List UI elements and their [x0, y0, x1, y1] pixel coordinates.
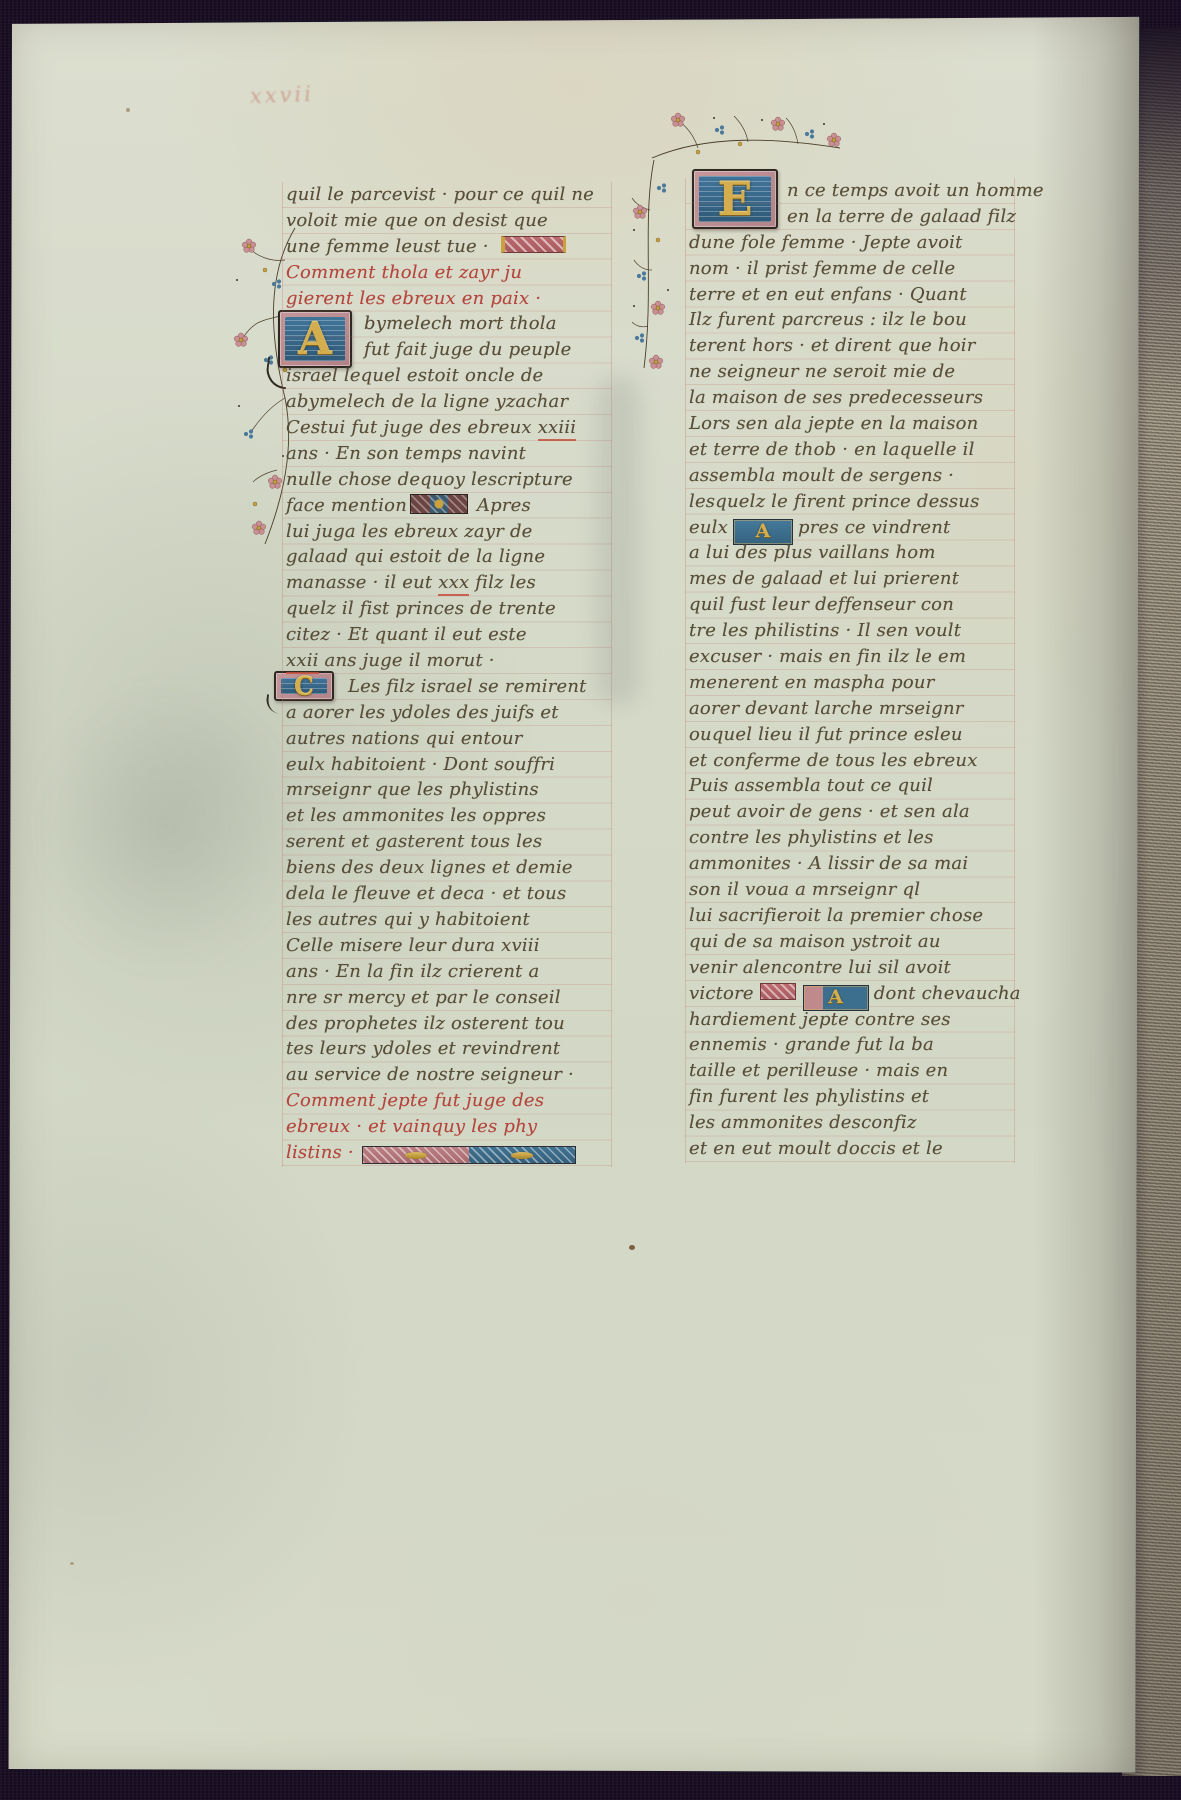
left-column-line-6: bymelech mort thola [286, 311, 608, 337]
right-column-line-31: venir alencontre lui sil avoit [689, 955, 1011, 981]
right-column-line-18: tre les philistins · Il sen voult [689, 618, 1011, 644]
right-column-line-8: ne seigneur ne seroit mie de [689, 359, 1011, 385]
manuscript-text: terent hors · et dirent que hoir [689, 335, 976, 356]
left-column-line-23: eulx habitoient · Dont souffri [286, 752, 608, 778]
right-column-line-29: lui sacrifieroit la premier chose [689, 903, 1011, 929]
left-column-line-7: fut fait juge du peuple [286, 337, 608, 363]
manuscript-text: eulx [689, 517, 728, 538]
left-column-line-12: nulle chose dequoy lescripture [286, 467, 608, 493]
manuscript-text: venir alencontre lui sil avoit [689, 957, 951, 978]
manuscript-text: terre et en eut enfans · Quant [689, 284, 967, 305]
manuscript-text: mes de galaad et lui prierent [689, 568, 959, 589]
manuscript-text: les autres qui y habitoient [286, 909, 530, 930]
left-column-line-13: face mention Apres [286, 493, 608, 519]
manuscript-text: et terre de thob · en laquelle il [689, 439, 975, 460]
roman-numeral-underlined: xxiii [538, 417, 577, 441]
manuscript-text: serent et gasterent tous les [286, 831, 542, 852]
right-column-line-35: taille et perilleuse · mais en [689, 1058, 1011, 1084]
right-column-line-15: a lui des plus vaillans hom [689, 540, 1011, 566]
manuscript-text: ans · En son temps navint [286, 443, 526, 464]
left-column-line-9: abymelech de la ligne yzachar [286, 389, 608, 415]
manuscript-text: excuser · mais en fin ilz le em [689, 646, 966, 667]
roman-numeral-underlined: xxii [286, 650, 319, 674]
manuscript-text: ennemis · grande fut la ba [689, 1034, 934, 1055]
manuscript-text: taille et perilleuse · mais en [689, 1060, 948, 1081]
initial-letter: E [717, 172, 752, 226]
left-column-line-19: xxii ans juge il morut · [286, 648, 608, 674]
manuscript-text: les ammonites desconfiz [689, 1112, 917, 1133]
left-column-line-4: Comment thola et zayr ju [286, 260, 608, 286]
left-column-line-11: ans · En son temps navint [286, 441, 608, 467]
right-column-line-24: Puis assembla tout ce quil [689, 773, 1011, 799]
left-column-line-35: au service de nostre seigneur · [286, 1062, 608, 1088]
left-column-line-18: citez · Et quant il eut este [286, 622, 608, 648]
manuscript-text: tre les philistins · Il sen voult [689, 620, 961, 641]
manuscript-text: nulle chose dequoy lescripture [286, 469, 573, 490]
manuscript-text: aorer devant larche mrseignr [689, 698, 964, 719]
gold-leaf-ornament [511, 1152, 533, 1159]
left-column-line-28: dela le fleuve et deca · et tous [286, 881, 608, 907]
left-column-line-34: tes leurs ydoles et revindrent [286, 1036, 608, 1062]
right-column-line-9: la maison de ses predecesseurs [689, 385, 1011, 411]
manuscript-text: biens des deux lignes et demie [286, 857, 573, 878]
right-column-line-13: lesquelz le firent prince dessus [689, 489, 1011, 515]
manuscript-text: nre sr mercy et par le conseil [286, 987, 561, 1008]
manuscript-text: la maison de ses predecesseurs [689, 387, 983, 408]
manuscript-text: face mention [286, 495, 407, 516]
left-column-line-31: ans · En la fin ilz crierent a [286, 959, 608, 985]
manuscript-text: ans juge il morut · [319, 650, 495, 671]
manuscript-text: fut fait juge du peuple [364, 339, 572, 360]
left-column-line-36: Comment jepte fut juge des [286, 1088, 608, 1114]
line-filler [410, 494, 468, 514]
manuscript-text: lui juga les ebreux zayr de [286, 521, 533, 542]
left-column-line-1: quil le parcevist · pour ce quil ne [286, 182, 608, 208]
manuscript-text: une femme leust tue · [286, 236, 495, 257]
left-column-line-24: mrseignr que les phylistins [286, 777, 608, 803]
manuscript-text: ne seigneur ne seroit mie de [689, 361, 955, 382]
manuscript-text: Lors sen ala jepte en la maison [689, 413, 978, 434]
left-column-line-32: nre sr mercy et par le conseil [286, 985, 608, 1011]
manuscript-text: des prophetes ilz osterent tou [286, 1013, 565, 1034]
line-filler [362, 1146, 576, 1164]
left-column-line-29: les autres qui y habitoient [286, 907, 608, 933]
manuscript-text: dont chevaucha [874, 983, 1021, 1004]
manuscript-text: israel lequel estoit oncle de [286, 365, 543, 386]
right-column-line-19: excuser · mais en fin ilz le em [689, 644, 1011, 670]
manuscript-text: lui sacrifieroit la premier chose [689, 905, 983, 926]
manuscript-text: Puis assembla tout ce quil [689, 775, 933, 796]
line-filler-segment [363, 1147, 469, 1163]
manuscript-text: n ce temps avoit un homme [787, 180, 1044, 201]
manuscript-text: contre les phylistins et les [689, 827, 934, 848]
faded-folio-mark: xxvii [250, 80, 371, 114]
manuscript-text: Cestui fut juge des ebreux [286, 417, 538, 438]
right-column-line-30: qui de sa maison ystroit au [689, 929, 1011, 955]
left-column-line-21: a aorer les ydoles des juifs et [286, 700, 608, 726]
left-column-line-38: listins · [286, 1140, 608, 1166]
manuscript-text: filz les [469, 572, 536, 593]
manuscript-text: peut avoir de gens · et sen ala [689, 801, 970, 822]
left-column-line-37: ebreux · et vainquy les phy [286, 1114, 608, 1140]
manuscript-text: quil fust leur deffenseur con [689, 594, 954, 615]
right-column-line-37: les ammonites desconfiz [689, 1110, 1011, 1136]
manuscript-photo: { "folio_mark": "xxvii", "colors": { "ba… [0, 0, 1181, 1800]
manuscript-text: Celle misere leur dura xviii [286, 935, 540, 956]
manuscript-text: Comment jepte fut juge des [286, 1090, 544, 1111]
left-column-line-8: israel lequel estoit oncle de [286, 363, 608, 389]
right-column-line-26: contre les phylistins et les [689, 825, 1011, 851]
manuscript-text: lesquelz le firent prince dessus [689, 491, 980, 512]
right-column-line-23: et conferme de tous les ebreux [689, 748, 1011, 774]
right-column-line-3: dune fole femme · Jepte avoit [689, 230, 1011, 256]
manuscript-text: pres ce vindrent [798, 517, 951, 538]
left-column-line-14: lui juga les ebreux zayr de [286, 519, 608, 545]
manuscript-text: listins · [286, 1142, 354, 1163]
right-column-line-4: nom · il prist femme de celle [689, 256, 1011, 282]
right-column-line-36: fin furent les phylistins et [689, 1084, 1011, 1110]
manuscript-text: a aorer les ydoles des juifs et [286, 702, 559, 723]
manuscript-text: nom · il prist femme de celle [689, 258, 955, 279]
manuscript-text: autres nations qui entour [286, 728, 523, 749]
left-column-line-25: et les ammonites les oppres [286, 803, 608, 829]
manuscript-text: en la terre de galaad filz [787, 206, 1016, 227]
initial-letter: C [294, 672, 314, 701]
manuscript-text: mrseignr que les phylistins [286, 779, 539, 800]
manuscript-text: abymelech de la ligne yzachar [286, 391, 568, 412]
manuscript-text: et les ammonites les oppres [286, 805, 546, 826]
manuscript-text: bymelech mort thola [364, 313, 557, 334]
left-column-line-27: biens des deux lignes et demie [286, 855, 608, 881]
manuscript-text: Apres [471, 495, 531, 516]
stain-speck [629, 1245, 635, 1250]
manuscript-text: son il voua a mrseignr ql [689, 879, 920, 900]
manuscript-text: a lui des plus vaillans hom [689, 542, 936, 563]
right-column-line-7: terent hors · et dirent que hoir [689, 333, 1011, 359]
manuscript-text: tes leurs ydoles et revindrent [286, 1038, 560, 1059]
left-column-line-17: quelz il fist princes de trente [286, 596, 608, 622]
left-column-line-30: Celle misere leur dura xviii [286, 933, 608, 959]
stain-speck [126, 108, 130, 112]
right-column-line-17: quil fust leur deffenseur con [689, 592, 1011, 618]
manuscript-page: xxvii [8, 16, 1142, 1776]
manuscript-text: dela le fleuve et deca · et tous [286, 883, 566, 904]
left-column-line-3: une femme leust tue · [286, 234, 608, 260]
right-column-line-6: Ilz furent parcreus : ilz le bou [689, 307, 1011, 333]
parchment-stain [38, 684, 293, 969]
right-column-line-20: menerent en maspha pour [689, 670, 1011, 696]
left-column-line-22: autres nations qui entour [286, 726, 608, 752]
manuscript-text: eulx habitoient · Dont souffri [286, 754, 555, 775]
roman-numeral-underlined: xxx [438, 572, 469, 596]
right-column-line-33: hardiement jepte contre ses [689, 1007, 1011, 1033]
right-column-line-34: ennemis · grande fut la ba [689, 1032, 1011, 1058]
manuscript-text: fin furent les phylistins et [689, 1086, 929, 1107]
manuscript-text: ans · En la fin ilz crierent a [286, 961, 539, 982]
manuscript-text: victore [689, 983, 754, 1004]
manuscript-text: gierent les ebreux en paix · [286, 288, 541, 309]
manuscript-text: au service de nostre seigneur · [286, 1064, 574, 1085]
manuscript-text: dune fole femme · Jepte avoit [689, 232, 963, 253]
left-column-line-20: Les filz israel se remirent [286, 674, 608, 700]
manuscript-text: voloit mie que on desist que [286, 210, 548, 231]
right-column-line-22: ouquel lieu il fut prince esleu [689, 722, 1011, 748]
manuscript-text: menerent en maspha pour [689, 672, 935, 693]
line-filler-segment [469, 1147, 575, 1163]
manuscript-text: assembla moult de sergens · [689, 465, 954, 486]
line-filler [501, 236, 566, 253]
manuscript-text: et conferme de tous les ebreux [689, 750, 978, 771]
left-column-line-2: voloit mie que on desist que [286, 208, 608, 234]
manuscript-text: ebreux · et vainquy les phy [286, 1116, 537, 1137]
gold-leaf-ornament [405, 1152, 427, 1159]
manuscript-text: ammonites · A lissir de sa mai [689, 853, 968, 874]
right-column-line-32: victoreAdont chevaucha [689, 981, 1011, 1007]
right-column-line-21: aorer devant larche mrseignr [689, 696, 1011, 722]
right-column-line-25: peut avoir de gens · et sen ala [689, 799, 1011, 825]
left-column-line-10: Cestui fut juge des ebreux xxiii [286, 415, 608, 441]
manuscript-text: ouquel lieu il fut prince esleu [689, 724, 963, 745]
manuscript-text: hardiement jepte contre ses [689, 1009, 951, 1030]
manuscript-text: quelz il fist princes de trente [286, 598, 556, 619]
left-column-line-15: galaad qui estoit de la ligne [286, 544, 608, 570]
right-column-line-11: et terre de thob · en laquelle il [689, 437, 1011, 463]
left-column-line-26: serent et gasterent tous les [286, 829, 608, 855]
right-column-line-14: eulxApres ce vindrent [689, 515, 1011, 541]
manuscript-text: Comment thola et zayr ju [286, 262, 522, 283]
right-column-line-5: terre et en eut enfans · Quant [689, 282, 1011, 308]
manuscript-text: Ilz furent parcreus : ilz le bou [689, 309, 967, 330]
manuscript-text: manasse · il eut [286, 572, 438, 593]
left-column-line-5: gierent les ebreux en paix · [286, 286, 608, 312]
manuscript-text: et en eut moult doccis et le [689, 1138, 943, 1159]
initial-letter: A [298, 314, 332, 365]
right-column-line-16: mes de galaad et lui prierent [689, 566, 1011, 592]
text-column-right: n ce temps avoit un hommeen la terre de … [685, 178, 1015, 1163]
right-column-line-28: son il voua a mrseignr ql [689, 877, 1011, 903]
manuscript-text: galaad qui estoit de la ligne [286, 546, 545, 567]
line-filler [760, 983, 796, 1000]
gutter-shadow [1032, 16, 1142, 1776]
left-column-line-33: des prophetes ilz osterent tou [286, 1011, 608, 1037]
right-column-line-12: assembla moult de sergens · [689, 463, 1011, 489]
stain-speck [70, 1562, 74, 1565]
manuscript-text: qui de sa maison ystroit au [689, 931, 941, 952]
right-column-line-38: et en eut moult doccis et le [689, 1136, 1011, 1162]
left-column-line-16: manasse · il eut xxx filz les [286, 570, 608, 596]
right-column-line-27: ammonites · A lissir de sa mai [689, 851, 1011, 877]
manuscript-text: citez · Et quant il eut este [286, 624, 527, 645]
manuscript-text: Les filz israel se remirent [348, 676, 587, 697]
right-column-line-10: Lors sen ala jepte en la maison [689, 411, 1011, 437]
manuscript-text: quil le parcevist · pour ce quil ne [286, 184, 594, 205]
